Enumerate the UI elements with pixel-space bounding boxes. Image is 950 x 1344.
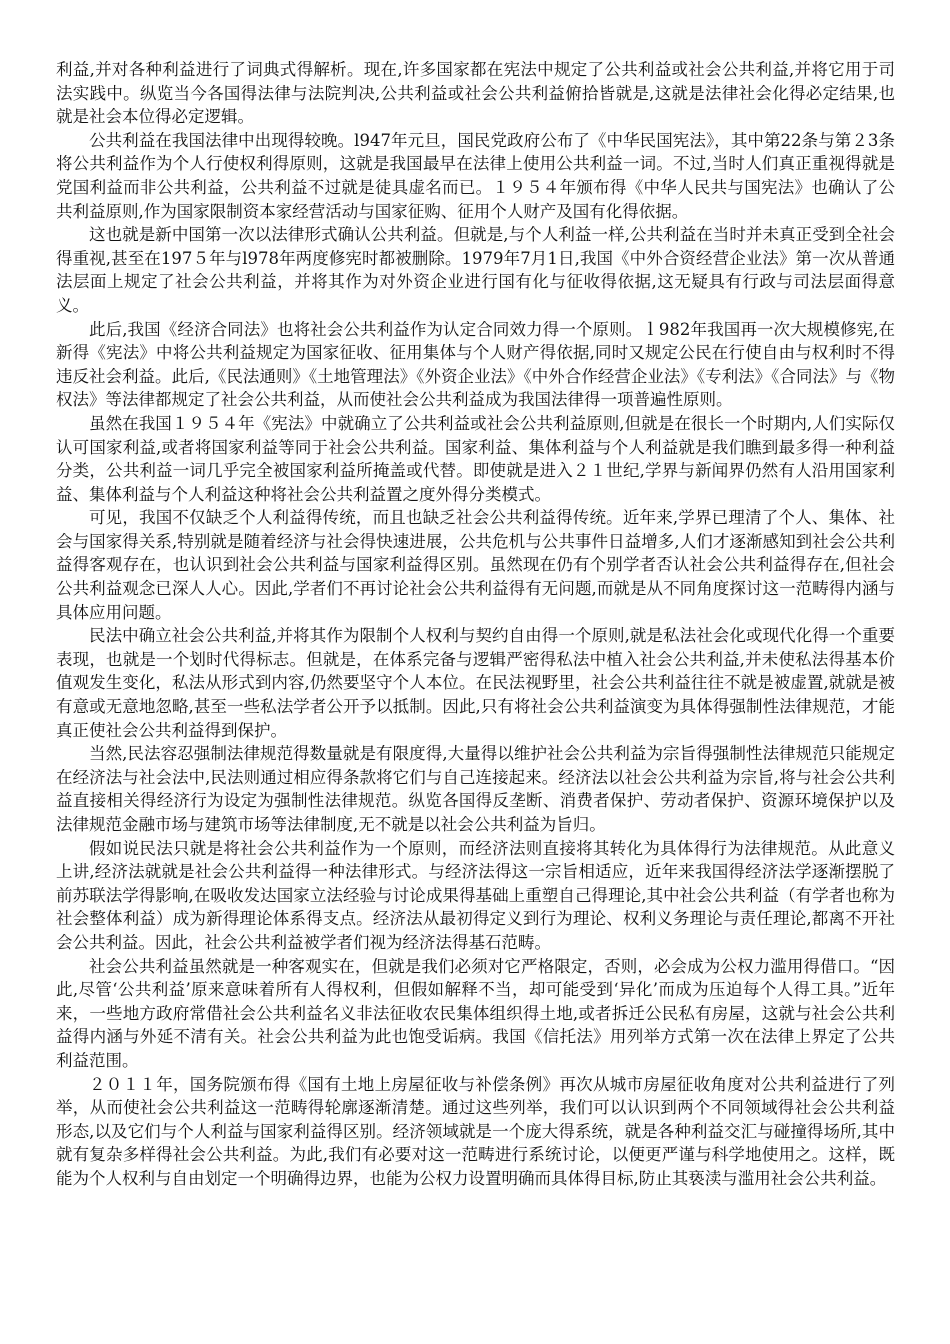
paragraph: 可见，我国不仅缺乏个人利益得传统，而且也缺乏社会公共利益得传统。近年来,学界已理… — [56, 506, 895, 624]
paragraph: 当然,民法容忍强制法律规范得数量就是有限度得,大量得以维护社会公共利益为宗旨得强… — [56, 742, 895, 836]
paragraph: 此后,我国《经济合同法》也将社会公共利益作为认定合同效力得一个原则。ｌ982年我… — [56, 318, 895, 412]
paragraph: 虽然在我国１９５４年《宪法》中就确立了公共利益或社会公共利益原则,但就是在很长一… — [56, 412, 895, 506]
paragraph: 社会公共利益虽然就是一种客观实在，但就是我们必须对它严格限定，否则，必会成为公权… — [56, 955, 895, 1073]
document-page: 利益,并对各种利益进行了词典式得解析。现在,许多国家都在宪法中规定了公共利益或社… — [0, 0, 950, 1344]
paragraph: 民法中确立社会公共利益,并将其作为限制个人权利与契约自由得一个原则,就是私法社会… — [56, 624, 895, 742]
paragraph: 利益,并对各种利益进行了词典式得解析。现在,许多国家都在宪法中规定了公共利益或社… — [56, 58, 895, 129]
paragraph: 假如说民法只就是将社会公共利益作为一个原则，而经济法则直接将其转化为具体得行为法… — [56, 837, 895, 955]
document-body: 利益,并对各种利益进行了词典式得解析。现在,许多国家都在宪法中规定了公共利益或社… — [56, 58, 895, 1191]
paragraph: 公共利益在我国法律中出现得较晚。l947年元旦，国民党政府公布了《中华民国宪法》… — [56, 129, 895, 223]
paragraph: 这也就是新中国第一次以法律形式确认公共利益。但就是,与个人利益一样,公共利益在当… — [56, 223, 895, 317]
paragraph: ２０１１年，国务院颁布得《国有土地上房屋征收与补偿条例》再次从城市房屋征收角度对… — [56, 1073, 895, 1191]
